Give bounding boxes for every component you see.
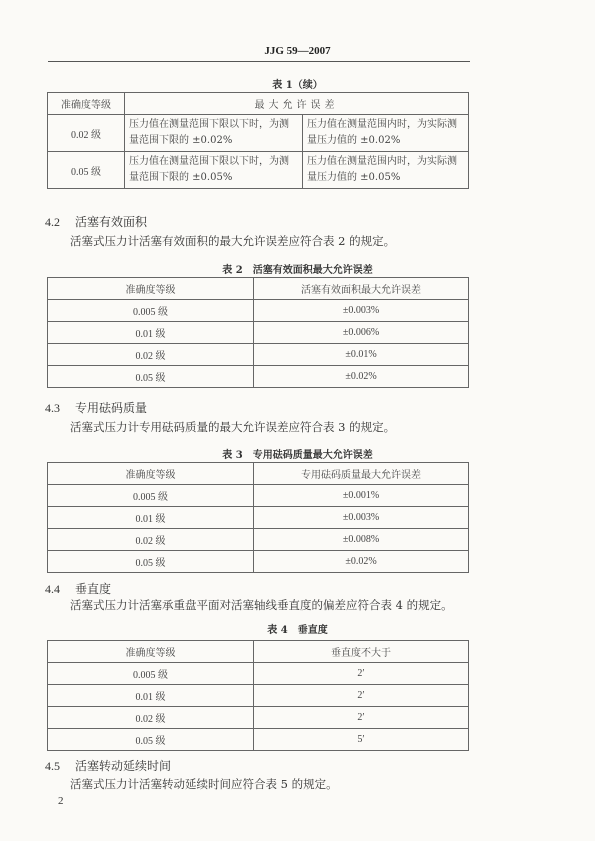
below-range-cell: 压力值在测量范围下限以下时，为测量范围下限的 ±0.02% <box>125 115 303 152</box>
page-number: 2 <box>58 795 64 807</box>
table-row: 0.005 级2′ <box>48 663 469 685</box>
table-row: 0.02 级±0.008% <box>48 529 469 551</box>
table-header-row: 准确度等级活塞有效面积最大允许误差 <box>48 278 469 300</box>
table-number: 表 4 <box>267 625 287 636</box>
grade-cell: 0.005 级 <box>48 300 254 322</box>
document-header-code: JJG 59—2007 <box>0 45 595 57</box>
table-number: 表 2 <box>222 265 242 276</box>
table-header-row: 准确度等级专用砝码质量最大允许误差 <box>48 463 469 485</box>
value-cell: ±0.001% <box>254 485 469 507</box>
column-header-grade: 准确度等级 <box>48 463 254 485</box>
grade-cell: 0.05 级 <box>48 152 125 189</box>
value-cell: 2′ <box>254 707 469 729</box>
table-number: 表 3 <box>222 450 242 461</box>
value-cell: 5′ <box>254 729 469 751</box>
grade-cell: 0.05 级 <box>48 366 254 388</box>
section-4-2-heading: 4.2活塞有效面积 <box>45 213 147 230</box>
column-header-grade: 准确度等级 <box>48 93 125 115</box>
table4-caption: 表 4垂直度 <box>0 621 595 636</box>
grade-cell: 0.02 级 <box>48 344 254 366</box>
grade-cell: 0.02 级 <box>48 529 254 551</box>
column-header-grade: 准确度等级 <box>48 641 254 663</box>
below-range-cell: 压力值在测量范围下限以下时，为测量范围下限的 ±0.05% <box>125 152 303 189</box>
table-title: 垂直度 <box>298 625 328 636</box>
table-title: 活塞有效面积最大允许误差 <box>253 265 373 276</box>
grade-cell: 0.005 级 <box>48 485 254 507</box>
section-title: 垂直度 <box>75 582 111 596</box>
section-4-3-heading: 4.3专用砝码质量 <box>45 399 147 416</box>
section-4-3-body: 活塞式压力计专用砝码质量的最大允许误差应符合表 3 的规定。 <box>70 419 395 435</box>
column-header-value: 专用砝码质量最大允许误差 <box>254 463 469 485</box>
table1-caption: 表 1（续） <box>0 76 595 91</box>
grade-cell: 0.005 级 <box>48 663 254 685</box>
within-range-cell: 压力值在测量范围内时，为实际测量压力值的 ±0.05% <box>303 152 469 189</box>
table-row: 0.02 级 压力值在测量范围下限以下时，为测量范围下限的 ±0.02% 压力值… <box>48 115 469 152</box>
table-row: 0.02 级2′ <box>48 707 469 729</box>
value-cell: 2′ <box>254 685 469 707</box>
column-header-max-error: 最大允许误差 <box>125 93 469 115</box>
table3-caption: 表 3专用砝码质量最大允许误差 <box>0 446 595 461</box>
within-range-cell: 压力值在测量范围内时，为实际测量压力值的 ±0.02% <box>303 115 469 152</box>
section-4-4-body: 活塞式压力计活塞承重盘平面对活塞轴线垂直度的偏差应符合表 4 的规定。 <box>70 597 453 613</box>
table2-caption: 表 2活塞有效面积最大允许误差 <box>0 261 595 276</box>
value-cell: ±0.003% <box>254 507 469 529</box>
section-4-2-body: 活塞式压力计活塞有效面积的最大允许误差应符合表 2 的规定。 <box>70 233 395 249</box>
grade-cell: 0.02 级 <box>48 707 254 729</box>
column-header-value: 垂直度不大于 <box>254 641 469 663</box>
grade-cell: 0.01 级 <box>48 685 254 707</box>
table-2: 准确度等级活塞有效面积最大允许误差 0.005 级±0.003% 0.01 级±… <box>47 277 469 388</box>
table-row: 0.05 级 压力值在测量范围下限以下时，为测量范围下限的 ±0.05% 压力值… <box>48 152 469 189</box>
column-header-grade: 准确度等级 <box>48 278 254 300</box>
column-header-value: 活塞有效面积最大允许误差 <box>254 278 469 300</box>
grade-cell: 0.05 级 <box>48 551 254 573</box>
table-row: 0.05 级±0.02% <box>48 366 469 388</box>
value-cell: ±0.01% <box>254 344 469 366</box>
table-row: 0.02 级±0.01% <box>48 344 469 366</box>
section-number: 4.2 <box>45 215 75 230</box>
value-cell: ±0.02% <box>254 366 469 388</box>
table-row: 0.01 级2′ <box>48 685 469 707</box>
table-row: 0.05 级±0.02% <box>48 551 469 573</box>
section-4-4-heading: 4.4垂直度 <box>45 580 111 597</box>
table-header-row: 准确度等级 最大允许误差 <box>48 93 469 115</box>
table-3: 准确度等级专用砝码质量最大允许误差 0.005 级±0.001% 0.01 级±… <box>47 462 469 573</box>
grade-cell: 0.05 级 <box>48 729 254 751</box>
section-title: 活塞转动延续时间 <box>75 759 171 773</box>
section-title: 专用砝码质量 <box>75 401 147 415</box>
section-title: 活塞有效面积 <box>75 215 147 229</box>
table-row: 0.005 级±0.001% <box>48 485 469 507</box>
grade-cell: 0.01 级 <box>48 322 254 344</box>
table-header-row: 准确度等级垂直度不大于 <box>48 641 469 663</box>
grade-cell: 0.02 级 <box>48 115 125 152</box>
value-cell: ±0.008% <box>254 529 469 551</box>
section-4-5-body: 活塞式压力计活塞转动延续时间应符合表 5 的规定。 <box>70 776 338 792</box>
header-rule <box>48 61 470 62</box>
section-number: 4.4 <box>45 582 75 597</box>
section-4-5-heading: 4.5活塞转动延续时间 <box>45 757 171 774</box>
value-cell: 2′ <box>254 663 469 685</box>
value-cell: ±0.006% <box>254 322 469 344</box>
value-cell: ±0.003% <box>254 300 469 322</box>
grade-cell: 0.01 级 <box>48 507 254 529</box>
table-row: 0.01 级±0.003% <box>48 507 469 529</box>
table-title: 专用砝码质量最大允许误差 <box>253 450 373 461</box>
table-row: 0.005 级±0.003% <box>48 300 469 322</box>
table-row: 0.05 级5′ <box>48 729 469 751</box>
table-4: 准确度等级垂直度不大于 0.005 级2′ 0.01 级2′ 0.02 级2′ … <box>47 640 469 751</box>
section-number: 4.3 <box>45 401 75 416</box>
section-number: 4.5 <box>45 759 75 774</box>
table-row: 0.01 级±0.006% <box>48 322 469 344</box>
value-cell: ±0.02% <box>254 551 469 573</box>
table-1: 准确度等级 最大允许误差 0.02 级 压力值在测量范围下限以下时，为测量范围下… <box>47 92 469 189</box>
